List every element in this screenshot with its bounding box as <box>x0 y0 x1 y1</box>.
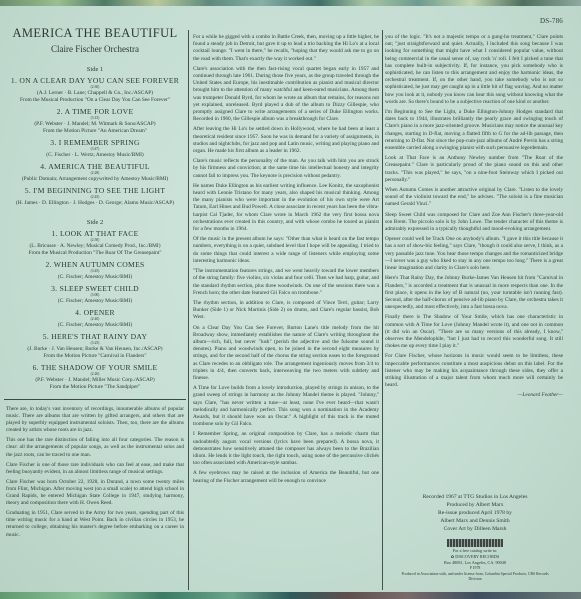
track-title: 1. LOOK AT THAT FACE <box>4 229 186 238</box>
divider <box>4 399 186 400</box>
track-credit: (P.F. Webster · J. Mandel; Miller Music … <box>4 377 186 384</box>
back-cover: DS-786 AMERICA THE BEAUTIFUL Claire Fisc… <box>0 6 581 592</box>
track-entry: 1. ON A CLEAR DAY YOU CAN SEE FOREVER(2:… <box>4 76 186 104</box>
track-credit: (L. Bricusse · A. Newley; Musical Comedy… <box>4 243 186 250</box>
track-title: 5. HERE'S THAT RAINY DAY <box>4 332 186 341</box>
track-title: 5. I'M BEGINNING TO SEE THE LIGHT <box>4 186 186 195</box>
liner-paragraph: Clare Fischer was born October 22, 1928,… <box>6 479 184 507</box>
track-title: 6. THE SHADOW OF YOUR SMILE <box>4 363 186 372</box>
track-source: From the Motion Picture "An American Dre… <box>4 128 186 135</box>
track-entry: 2. WHEN AUTUMN COMES(3:45)(C. Fischer; A… <box>4 260 186 281</box>
artist-name: Claire Fischer Orchestra <box>4 44 186 54</box>
reissue-producers: Albert Marx and Dennis Smith <box>400 517 550 525</box>
tracklist: Side 11. ON A CLEAR DAY YOU CAN SEE FORE… <box>4 66 186 391</box>
liner-paragraph: Clare's music reflects the personality o… <box>193 158 379 180</box>
track-entry: 1. LOOK AT THAT FACE(2:50)(L. Bricusse ·… <box>4 229 186 257</box>
liner-paragraph: On a Clear Day You Can See Forever, Burt… <box>193 325 379 383</box>
production-credits: Recorded 1967 at TTG Studios in Los Ange… <box>400 493 550 583</box>
track-title: 4. AMERICA THE BEAUTIFUL <box>4 162 186 171</box>
track-source: From the Musical Production "The Roar Of… <box>4 250 186 257</box>
track-entry: 5. HERE'S THAT RAINY DAY(3:25)(J. Burke … <box>4 332 186 360</box>
catalog-number: DS-786 <box>540 17 563 25</box>
cover-art-edge-bottom <box>0 592 581 599</box>
tracklist-column: AMERICA THE BEAUTIFUL Claire Fischer Orc… <box>4 20 186 542</box>
liner-notes-middle: For a while he gigged with a combo in Ba… <box>193 34 379 488</box>
track-credit: (C. Fischer · L. Wertz; Amestoy Music/BM… <box>4 152 186 159</box>
liner-paragraph: A few eyebrows may be raised at the incl… <box>193 470 379 484</box>
liner-paragraph: Look at That Face is an Anthony Newley n… <box>385 155 563 184</box>
track-credit: (A.J. Lerner · B. Lane; Chappell & Co., … <box>4 90 186 97</box>
liner-paragraph: When Autumn Comes is another attractive … <box>385 187 563 209</box>
liner-paragraph: There are, in today's vast inventory of … <box>6 406 184 434</box>
track-entry: 4. AMERICA THE BEAUTIFUL(2:28)(Public Do… <box>4 162 186 183</box>
liner-paragraph: Clare's association with the then fast-r… <box>193 66 379 124</box>
liner-paragraph: Of the music in the present album he say… <box>193 236 379 265</box>
track-title: 4. OPENER <box>4 308 186 317</box>
liner-notes-right: you of the logic. "It's not a majestic t… <box>385 34 563 400</box>
liner-paragraph: Finally there is The Shadow of Your Smil… <box>385 314 563 350</box>
liner-paragraph: Clare Fischer is one of those rare indiv… <box>6 462 184 476</box>
liner-paragraph: He names Duke Ellington as his earliest … <box>193 183 379 233</box>
label-logo <box>447 539 503 547</box>
track-title: 2. WHEN AUTUMN COMES <box>4 260 186 269</box>
producer-credit: Produced by Albert Marx <box>400 501 550 509</box>
column-divider-left <box>188 30 189 590</box>
column-divider-right <box>382 30 383 590</box>
track-title: 2. A TIME FOR LOVE <box>4 107 186 116</box>
track-credit: (C. Fischer; Amestoy Music/BMI) <box>4 322 186 329</box>
album-title: AMERICA THE BEAUTIFUL <box>4 26 186 41</box>
track-entry: 6. THE SHADOW OF YOUR SMILE(2:26)(P.F. W… <box>4 363 186 391</box>
track-entry: 2. A TIME FOR LOVE(3:15)(P.F. Webster · … <box>4 107 186 135</box>
track-credit: (C. Fischer; Amestoy Music/BMI) <box>4 298 186 305</box>
side-heading: Side 1 <box>4 66 186 73</box>
author-signature: —Leonard Feather— <box>385 392 563 399</box>
track-credit: (C. Fischer; Amestoy Music/BMI) <box>4 274 186 281</box>
side-heading: Side 2 <box>4 219 186 226</box>
track-source: From the Musical Production "On a Clear … <box>4 97 186 104</box>
track-credit: (J. Burke · J. Van Heusen; Burke & Van H… <box>4 346 186 353</box>
track-credit: (H. James · D. Ellington · J. Hodges · D… <box>4 200 186 207</box>
track-credit: (P.F. Webster · J. Mandel; M. Witmark & … <box>4 121 186 128</box>
liner-paragraph: Graduating in 1951, Clare served in the … <box>6 510 184 538</box>
track-title: 3. I REMEMBER SPRING <box>4 138 186 147</box>
track-title: 3. SLEEP SWEET CHILD <box>4 284 186 293</box>
liner-paragraph: "The instrumentation features strings, a… <box>193 268 379 297</box>
track-credit: (Public Domain; Arrangement copywrited b… <box>4 176 186 183</box>
liner-paragraph: This one has the rare distinction of fal… <box>6 437 184 458</box>
track-source: From the Motion Picture "Carnival in Fla… <box>4 353 186 360</box>
liner-paragraph: A Time for Love builds from a lovely int… <box>193 385 379 428</box>
track-entry: 5. I'M BEGINNING TO SEE THE LIGHT(2:45)(… <box>4 186 186 207</box>
liner-paragraph: After leaving the Hi Lo's he settled dow… <box>193 126 379 155</box>
track-title: 1. ON A CLEAR DAY YOU CAN SEE FOREVER <box>4 76 186 85</box>
track-entry: 3. I REMEMBER SPRING(3:47)(C. Fischer · … <box>4 138 186 159</box>
liner-paragraph: The rhythm section, in addition to Clare… <box>193 300 379 322</box>
liner-notes-intro: There are, in today's vast inventory of … <box>4 406 186 539</box>
liner-paragraph: Sleep Sweet Child was composed for Clare… <box>385 212 563 234</box>
liner-paragraph: you of the logic. "It's not a majestic t… <box>385 34 563 106</box>
track-source: From the Motion Picture "The Sandpiper" <box>4 384 186 391</box>
liner-paragraph: For Clare Fischer, whose horizons in mus… <box>385 353 563 389</box>
liner-paragraph: For a while he gigged with a combo in Ba… <box>193 34 379 63</box>
track-entry: 4. OPENER(2:40)(C. Fischer; Amestoy Musi… <box>4 308 186 329</box>
cover-art-credit: Cover Art by Dilleen Marsh <box>400 525 550 533</box>
liner-paragraph: I'm Beginning to See the Light, a Duke E… <box>385 109 563 152</box>
track-entry: 3. SLEEP SWEET CHILD(3:00)(C. Fischer; A… <box>4 284 186 305</box>
liner-paragraph: Opener could well be Track One on anybod… <box>385 236 563 272</box>
license-notice: Produced in Association with, and under … <box>400 572 550 583</box>
recorded-credit: Recorded 1967 at TTG Studios in Los Ange… <box>400 493 550 501</box>
reissue-credit: Re-issue produced April 1978 by <box>400 509 550 517</box>
liner-paragraph: Here's That Rainy Day, the Johnny Burke-… <box>385 275 563 311</box>
liner-paragraph: I Remember Spring, an original compositi… <box>193 431 379 467</box>
